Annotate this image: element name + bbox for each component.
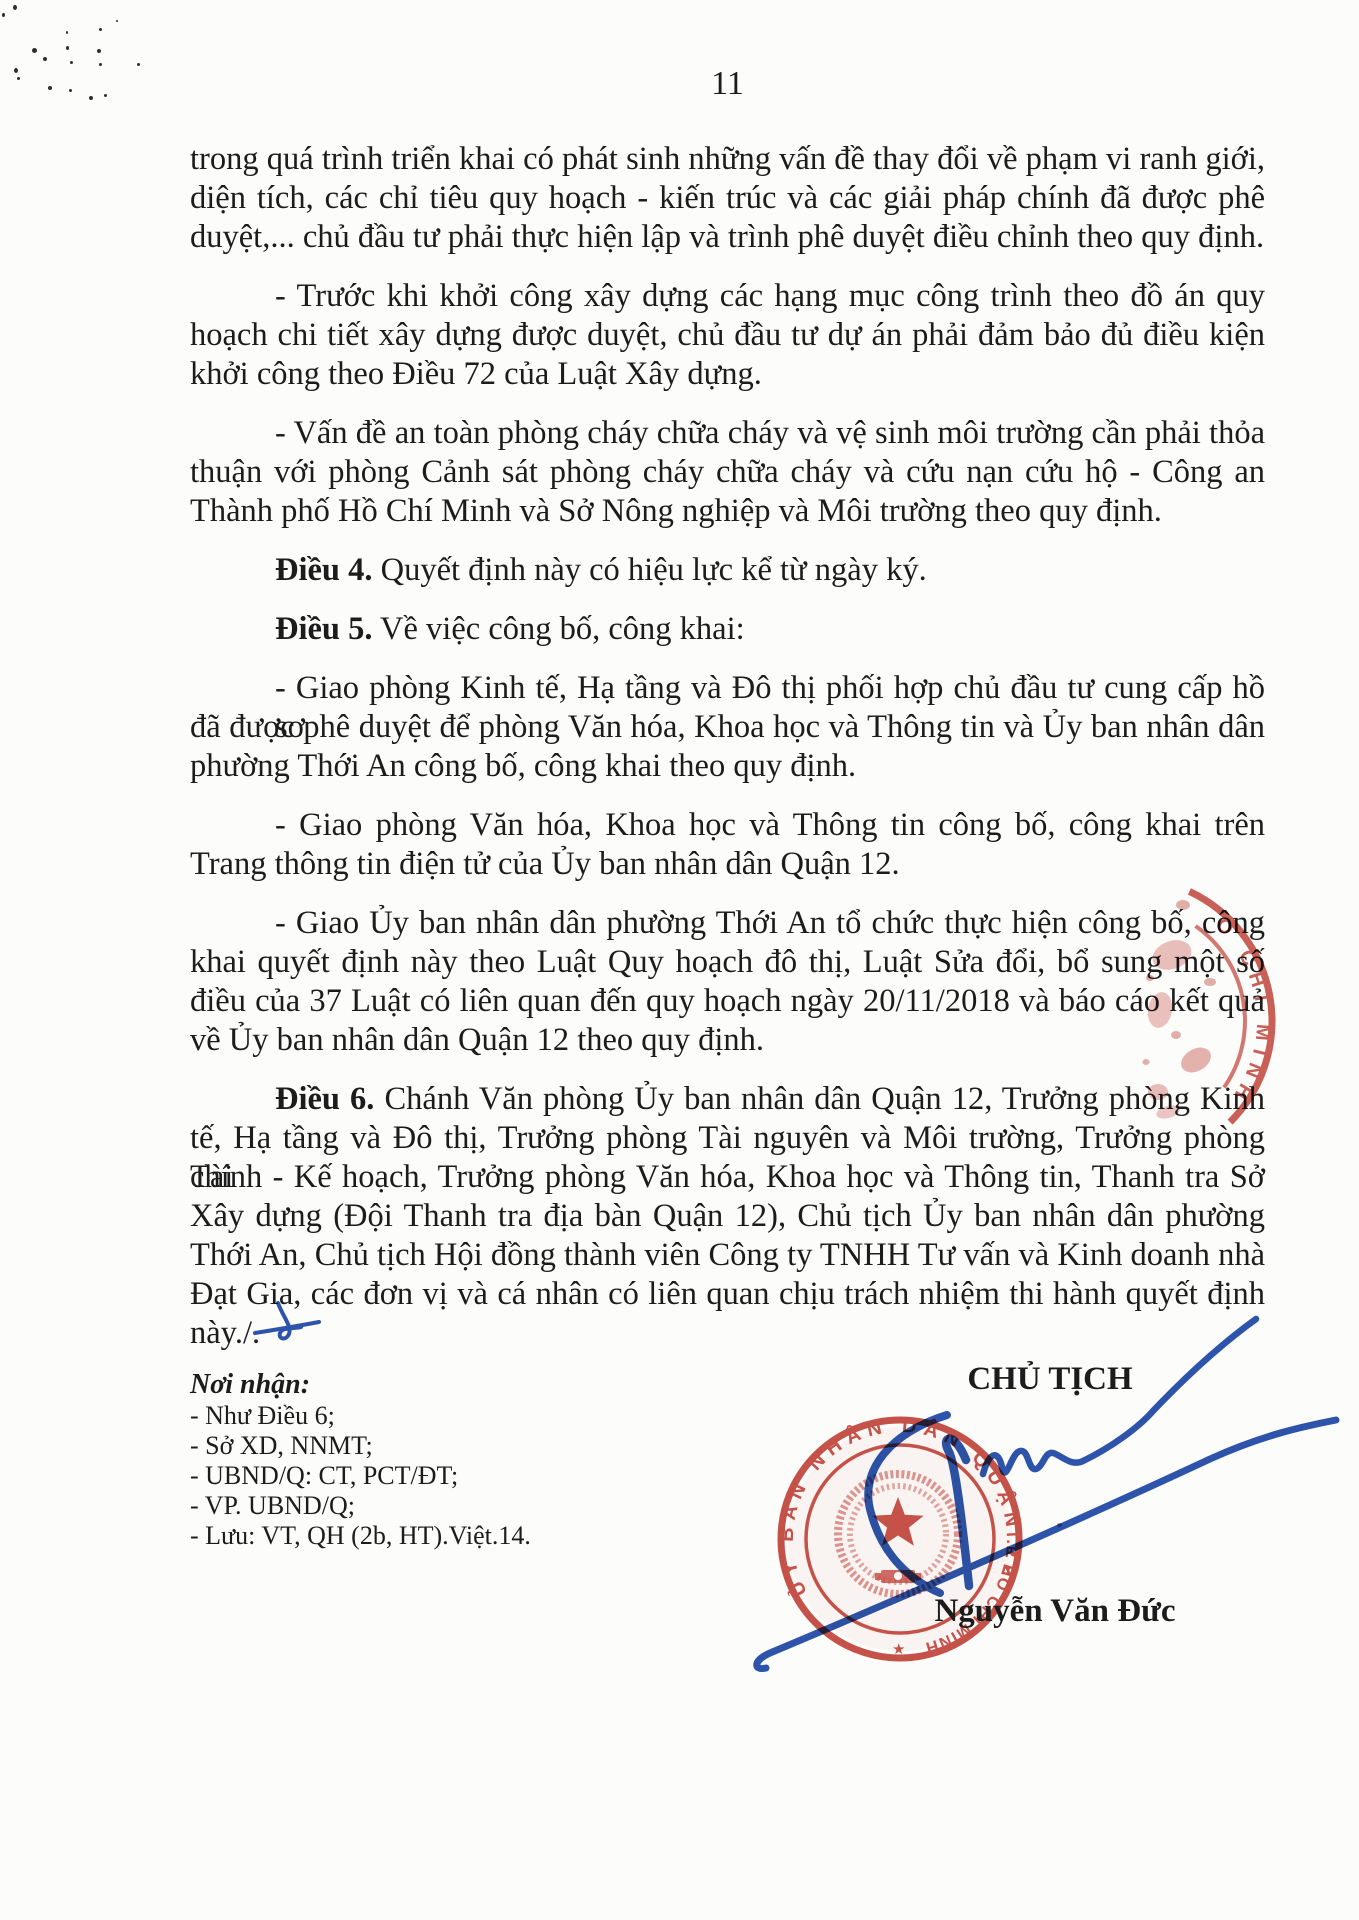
article-5: Điều 5. Về việc công bố, công khai: xyxy=(190,610,1265,649)
ink-speck xyxy=(70,61,73,64)
signature-strokes xyxy=(757,1319,1336,1669)
ink-speck xyxy=(2,13,5,17)
ink-speck xyxy=(99,63,102,66)
signature-loop-stroke xyxy=(868,1415,947,1593)
body-paragraph: - Vấn đề an toàn phòng cháy chữa cháy và… xyxy=(190,414,1265,531)
ink-speck xyxy=(116,20,118,22)
signature-stem-stroke xyxy=(946,1439,969,1586)
text-line: thuận với phòng Cảnh sát phòng cháy chữa… xyxy=(190,453,1265,492)
article-text: Quyết định này có hiệu lực kể từ ngày ký… xyxy=(373,552,927,588)
partial-seal-imprint: Ồ CHÍ MINH xyxy=(1000,860,1359,1160)
ink-speck xyxy=(43,57,47,61)
paraph-check-stroke xyxy=(278,1303,301,1338)
handwritten-signature xyxy=(740,1270,1359,1700)
text-line: diện tích, các chỉ tiêu quy hoạch - kiến… xyxy=(190,179,1265,218)
text-line: - Vấn đề an toàn phòng cháy chữa cháy và… xyxy=(190,414,1265,453)
document-body: trong quá trình triển khai có phát sinh … xyxy=(190,140,1265,1373)
text-line: khởi công theo Điều 72 của Luật Xây dựng… xyxy=(190,355,1265,394)
article-label: Điều 6. xyxy=(275,1081,374,1117)
article-4: Điều 4. Quyết định này có hiệu lực kể từ… xyxy=(190,551,1265,590)
text-line: trong quá trình triển khai có phát sinh … xyxy=(190,140,1265,179)
text-line: - Giao phòng Kinh tế, Hạ tầng và Đô thị … xyxy=(190,669,1265,708)
ink-speck xyxy=(137,63,140,66)
text-line: hoạch chi tiết xây dựng được duyệt, chủ … xyxy=(190,316,1265,355)
recipients-item: - VP. UBND/Q; xyxy=(190,1491,750,1521)
article-label: Điều 4. xyxy=(275,552,373,588)
text-line: Điều 5. Về việc công bố, công khai: xyxy=(190,610,1265,649)
ink-speck xyxy=(69,89,72,92)
ink-speck xyxy=(17,77,20,80)
ink-speck xyxy=(99,28,102,31)
signature-flourish-stroke xyxy=(983,1319,1256,1474)
article-text: Về việc công bố, công khai: xyxy=(373,611,745,647)
article-label: Điều 5. xyxy=(275,611,373,647)
ink-speck xyxy=(32,48,37,53)
initial-paraph xyxy=(245,1292,345,1352)
body-paragraph: - Giao phòng Kinh tế, Hạ tầng và Đô thị … xyxy=(190,669,1265,786)
partial-seal-group: Ồ CHÍ MINH xyxy=(1143,891,1275,1122)
body-paragraph: trong quá trình triển khai có phát sinh … xyxy=(190,140,1265,257)
recipients-item: - Sở XD, NNMT; xyxy=(190,1431,750,1461)
page-number: 11 xyxy=(190,64,1265,104)
ink-speck xyxy=(97,49,101,53)
text-line: duyệt,... chủ đầu tư phải thực hiện lập … xyxy=(190,218,1265,257)
ink-speck xyxy=(13,5,17,10)
recipients-item: - Như Điều 6; xyxy=(190,1401,750,1431)
ink-speck xyxy=(48,86,52,90)
text-line: đã được phê duyệt để phòng Văn hóa, Khoa… xyxy=(190,708,1265,747)
text-line: - Trước khi khởi công xây dựng các hạng … xyxy=(190,277,1265,316)
ink-speck xyxy=(66,46,69,50)
recipients-title: Nơi nhận: xyxy=(190,1369,750,1401)
ink-speck xyxy=(104,94,107,97)
recipients-item: - Lưu: VT, QH (2b, HT).Việt.14. xyxy=(190,1521,750,1551)
text-line: phường Thới An công bố, công khai theo q… xyxy=(190,747,1265,786)
recipients-item: - UBND/Q: CT, PCT/ĐT; xyxy=(190,1461,750,1491)
text-line: Điều 4. Quyết định này có hiệu lực kể từ… xyxy=(190,551,1265,590)
text-line: Xây dựng (Đội Thanh tra địa bàn Quận 12)… xyxy=(190,1197,1265,1236)
recipients-block: Nơi nhận: - Như Điều 6; - Sở XD, NNMT; -… xyxy=(190,1369,750,1551)
paraph-strokes xyxy=(255,1303,319,1338)
text-line: chính - Kế hoạch, Trưởng phòng Văn hóa, … xyxy=(190,1158,1265,1197)
text-line: - Giao phòng Văn hóa, Khoa học và Thông … xyxy=(190,806,1265,845)
text-line: Thành phố Hồ Chí Minh và Sở Nông nghiệp … xyxy=(190,492,1265,531)
ink-speck xyxy=(89,96,93,100)
document-page: 11 trong quá trình triển khai có phát si… xyxy=(0,0,1359,1920)
ink-speck xyxy=(14,68,18,73)
body-paragraph: - Trước khi khởi công xây dựng các hạng … xyxy=(190,277,1265,394)
ink-speck xyxy=(66,31,68,34)
